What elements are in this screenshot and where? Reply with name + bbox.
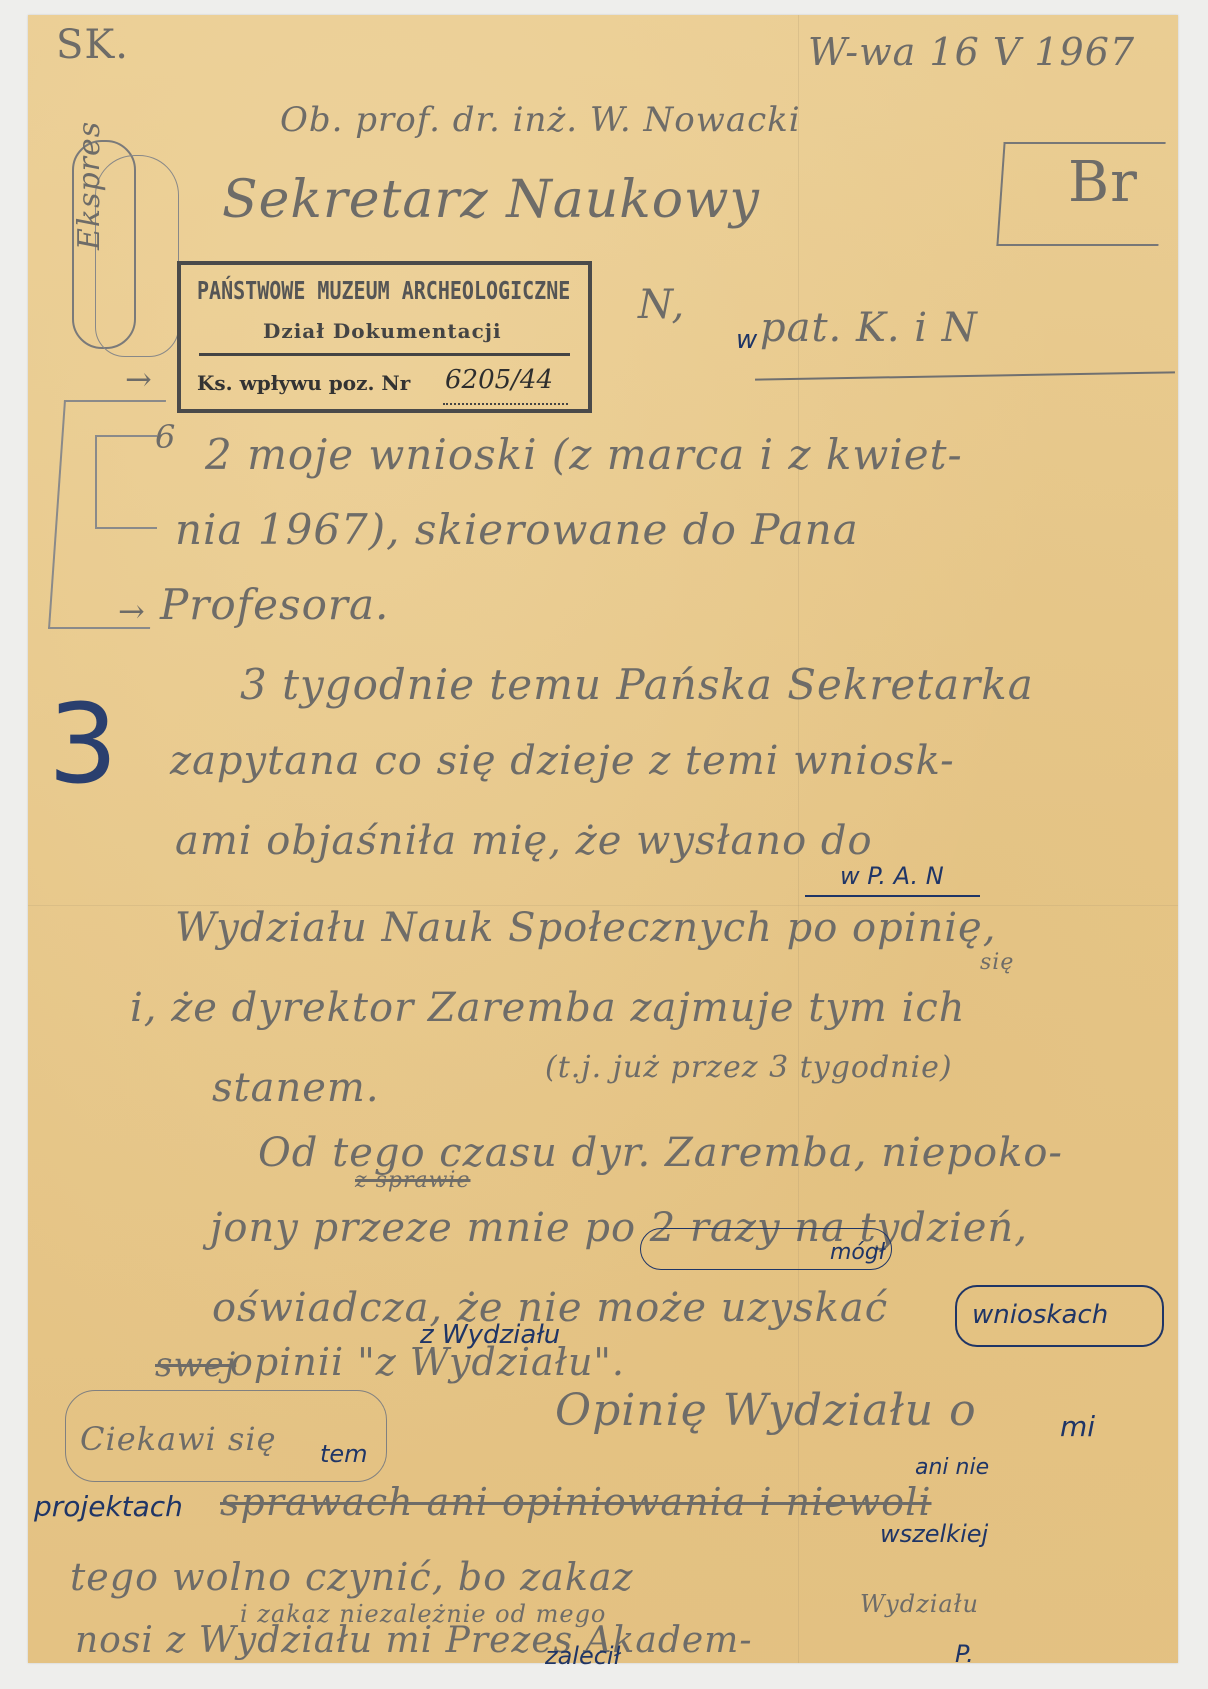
body-line-15: sprawach ani opiniowania i niewoli bbox=[220, 1480, 932, 1524]
ink-insert-mi: mi bbox=[1060, 1410, 1095, 1443]
stamp-department: Dział Dokumentacji bbox=[263, 319, 502, 343]
struck-swej: swej bbox=[155, 1345, 236, 1385]
reference-note: pat. K. i N bbox=[760, 305, 978, 351]
stamp-rule bbox=[199, 353, 570, 356]
body-line-17: nosi z Wydziału mi Prezes Akadem- bbox=[75, 1620, 752, 1661]
arrow-top-icon: → bbox=[125, 360, 153, 398]
stamp-entry-number: 6205/44 bbox=[445, 365, 553, 395]
body-line-1: 2 moje wnioski (z marca i z kwiet- bbox=[205, 430, 963, 479]
body-line-7: Wydziału Nauk Społecznych po opinię, bbox=[175, 905, 996, 951]
ink-insert-mogl: mógł bbox=[830, 1240, 885, 1265]
margin-note-ekspres: Ekspres bbox=[72, 121, 107, 250]
arrow-bottom-icon: → bbox=[118, 592, 146, 630]
margin-numeral: 3 bbox=[48, 680, 118, 808]
addressee-name: Ob. prof. dr. inż. W. Nowacki bbox=[280, 100, 801, 140]
stamp-dotted-line bbox=[443, 403, 568, 405]
ink-insert-pan: w P. A. N bbox=[840, 862, 944, 890]
ink-prefix: w bbox=[736, 325, 757, 355]
ink-insert-ani-nie: ani nie bbox=[915, 1455, 989, 1480]
body-line-16: tego wolno czynić, bo zakaz bbox=[70, 1555, 634, 1599]
ink-insert-wnioskach: wnioskach bbox=[972, 1300, 1108, 1330]
margin-oval-ekspres bbox=[95, 155, 179, 357]
body-line-11: jony przeze mnie po 2 razy na tydzień, bbox=[210, 1205, 1028, 1251]
addressee-title: Sekretarz Naukowy bbox=[222, 170, 760, 230]
body-line-3: Profesora. bbox=[160, 580, 389, 629]
insert-sig: się bbox=[980, 950, 1014, 975]
ink-insert-z-wydzialu: z Wydziału bbox=[420, 1320, 560, 1350]
ink-insert-projektach: projektach bbox=[34, 1490, 183, 1523]
ink-insert-wszelkiej: wszelkiej bbox=[880, 1520, 988, 1548]
interline-wydzialu: Wydziału bbox=[860, 1590, 979, 1618]
addressee-line3: N, bbox=[638, 282, 685, 328]
body-line-2: nia 1967), skierowane do Pana bbox=[175, 505, 859, 554]
aside-three-weeks: (t.j. już przez 3 tygodnie) bbox=[545, 1050, 953, 1085]
letter-date: W-wa 16 V 1967 bbox=[808, 30, 1135, 74]
insert-ciekawi-sie: Ciekawi się bbox=[80, 1420, 277, 1458]
body-line-14: Opinię Wydziału o bbox=[555, 1385, 977, 1436]
body-line-4: 3 tygodnie temu Pańska Sekretarka bbox=[240, 660, 1034, 709]
body-line-6: ami objaśniła mię, że wysłano do bbox=[175, 818, 873, 864]
ink-mark-p: P. bbox=[955, 1640, 974, 1668]
ink-insert-underline bbox=[805, 895, 980, 897]
archive-stamp: PAŃSTWOWE MUZEUM ARCHEOLOGICZNE Dział Do… bbox=[177, 261, 592, 413]
margin-inner-bracket bbox=[95, 435, 157, 529]
body-line-5: zapytana co się dzieje z temi wniosk- bbox=[170, 738, 955, 784]
stamp-entry-label: Ks. wpływu poz. Nr bbox=[197, 371, 410, 395]
body-line-8: i, że dyrektor Zaremba zajmuje tym ich bbox=[130, 985, 966, 1031]
ink-insert-zalecil: zalecił bbox=[545, 1642, 621, 1670]
stamp-institution: PAŃSTWOWE MUZEUM ARCHEOLOGICZNE bbox=[197, 275, 570, 305]
struck-sprawie: z sprawie bbox=[355, 1168, 470, 1193]
body-line-9: stanem. bbox=[212, 1065, 380, 1111]
br-mark: Br bbox=[1068, 150, 1138, 215]
initials: SK. bbox=[56, 22, 129, 68]
body-dotted-num: 6 bbox=[155, 418, 176, 456]
ink-insert-tem: tem bbox=[320, 1440, 368, 1468]
